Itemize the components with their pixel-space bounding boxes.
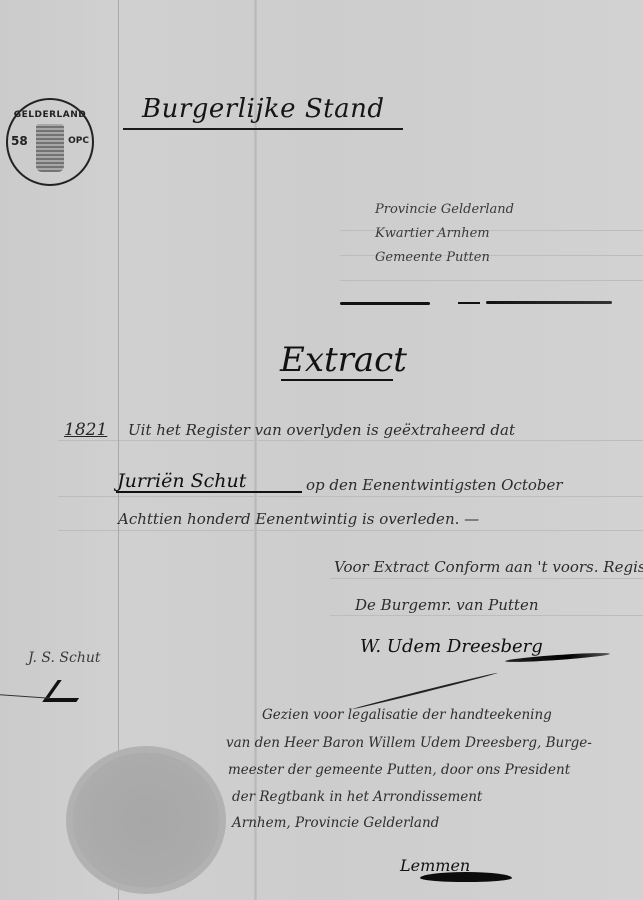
name-underline — [116, 491, 302, 493]
certification-line-2: De Burgemr. van Putten — [355, 596, 538, 614]
stamp-text: GELDERLAND — [8, 110, 92, 120]
margin-stroke — [0, 694, 50, 698]
document-heading: Burgerlijke Stand — [142, 94, 385, 124]
record-line-2: op den Eenentwintigsten October — [306, 476, 563, 494]
extract-underline — [281, 379, 393, 381]
ruled-line — [340, 280, 643, 281]
legalization-line-4: der Regtbank in het Arrondissement — [232, 789, 482, 805]
ruled-line — [58, 530, 643, 531]
margin-note: J. S. Schut — [28, 650, 101, 666]
separator — [458, 302, 480, 304]
municipality-line: Gemeente Putten — [375, 250, 490, 265]
heading-underline — [123, 128, 403, 130]
crest-icon — [36, 124, 64, 172]
legalization-line-3: meester der gemeente Putten, door ons Pr… — [228, 762, 570, 778]
ruled-line — [58, 496, 643, 497]
revenue-stamp: GELDERLAND 58 OPC — [6, 98, 94, 186]
deceased-name: Jurriën Schut — [117, 470, 246, 492]
mayor-signature: W. Udem Dreesberg — [360, 636, 543, 657]
ruled-line — [330, 615, 643, 616]
separator — [340, 302, 430, 305]
province-line: Provincie Gelderland — [375, 202, 514, 217]
ruled-line — [58, 440, 643, 441]
signature-flourish — [420, 872, 512, 882]
stamp-number: 58 — [11, 134, 28, 148]
signature-flourish — [352, 672, 498, 710]
ruled-line — [330, 578, 643, 579]
year-margin: 1821 — [64, 420, 107, 440]
certification-line-1: Voor Extract Conform aan 't voors. Regis… — [334, 558, 643, 576]
record-line-1: Uit het Register van overlyden is geëxtr… — [128, 421, 515, 439]
record-line-3: Achttien honderd Eenentwintig is overled… — [118, 510, 479, 528]
separator — [486, 301, 612, 304]
quarter-line: Kwartier Arnhem — [375, 226, 490, 241]
legalization-line-1: Gezien voor legalisatie der handteekenin… — [262, 707, 552, 723]
legalization-line-2: van den Heer Baron Willem Udem Dreesberg… — [226, 735, 592, 751]
document-page: GELDERLAND 58 OPC Burgerlijke Stand Prov… — [0, 0, 643, 900]
extract-title: Extract — [280, 340, 407, 380]
embossed-seal — [72, 752, 220, 888]
stamp-suffix: OPC — [68, 136, 89, 146]
legalization-line-5: Arnhem, Provincie Gelderland — [232, 815, 439, 831]
